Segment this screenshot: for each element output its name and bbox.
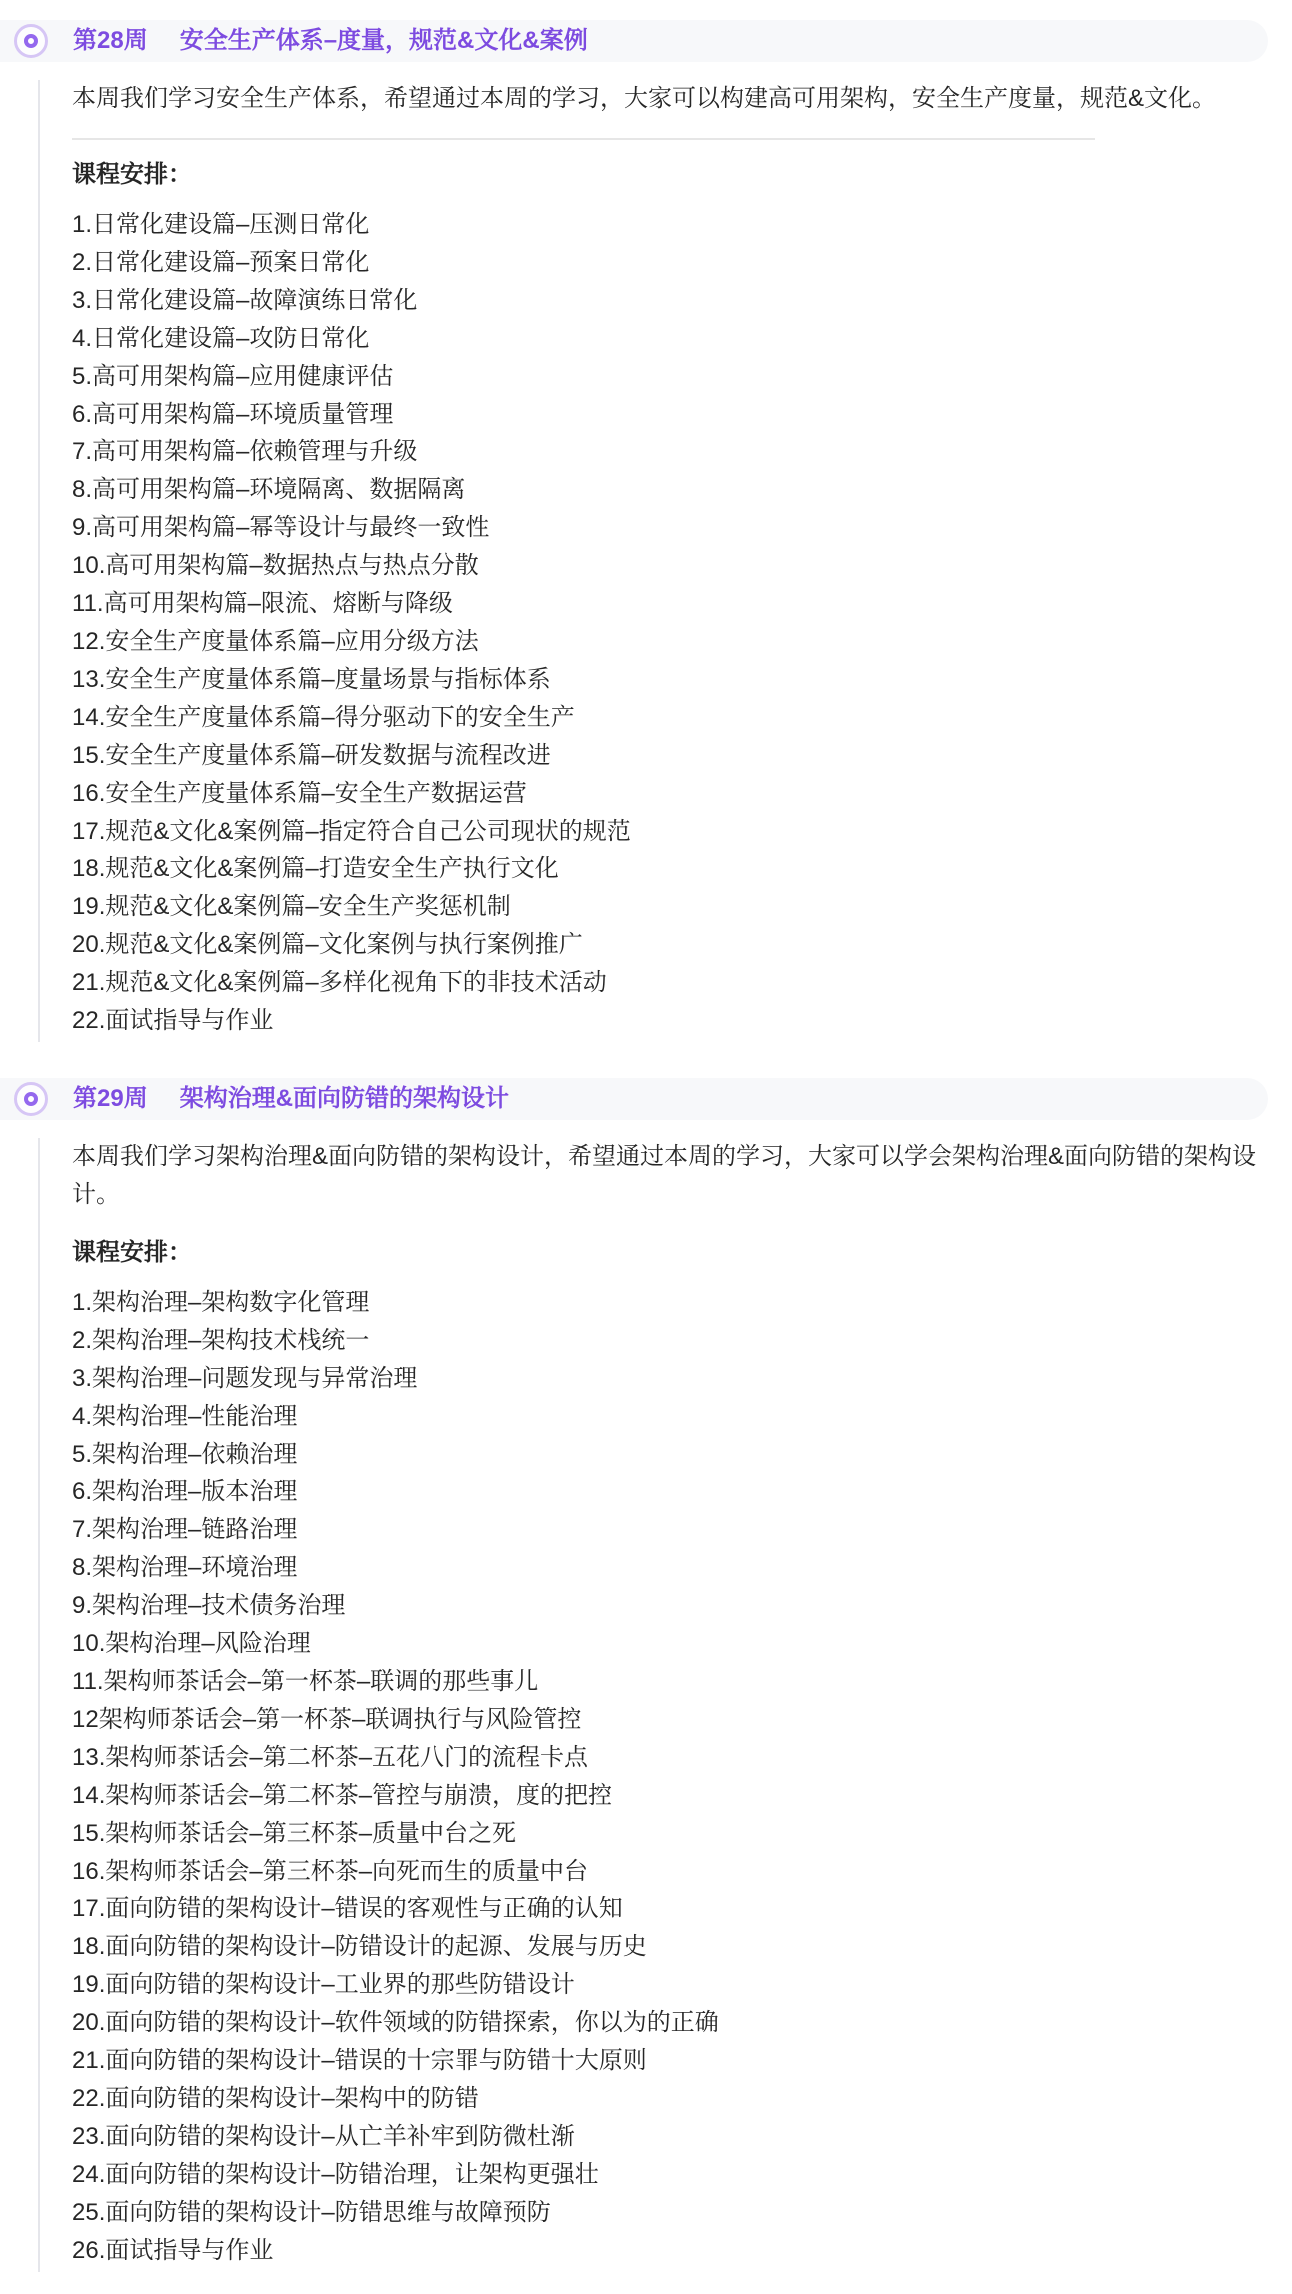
week-title: 第28周安全生产体系–度量，规范&文化&案例 [73, 29, 588, 53]
week-topic: 架构治理&面向防错的架构设计 [180, 1085, 509, 1112]
week-header-bar: 第29周架构治理&面向防错的架构设计 [0, 1078, 1268, 1120]
week-intro-text: 本周我们学习安全生产体系，希望通过本周的学习，大家可以构建高可用架构，安全生产度… [72, 80, 1258, 118]
week-number: 第28周 [73, 27, 148, 54]
course-item: 13.安全生产度量体系篇–度量场景与指标体系 [72, 661, 1258, 699]
course-item: 24.面向防错的架构设计–防错治理，让架构更强壮 [72, 2156, 1258, 2194]
course-item: 18.规范&文化&案例篇–打造安全生产执行文化 [72, 850, 1258, 888]
course-item: 13.架构师茶话会–第二杯茶–五花八门的流程卡点 [72, 1739, 1258, 1777]
week-topic: 安全生产体系–度量，规范&文化&案例 [180, 27, 588, 54]
week-bullet-dot-icon [24, 1092, 38, 1106]
course-item: 16.安全生产度量体系篇–安全生产数据运营 [72, 775, 1258, 813]
course-item: 6.高可用架构篇–环境质量管理 [72, 396, 1258, 434]
course-item: 14.架构师茶话会–第二杯茶–管控与崩溃，度的把控 [72, 1777, 1258, 1815]
course-item: 2.架构治理–架构技术栈统一 [72, 1322, 1258, 1360]
course-item: 21.规范&文化&案例篇–多样化视角下的非技术活动 [72, 964, 1258, 1002]
course-item: 15.安全生产度量体系篇–研发数据与流程改进 [72, 737, 1258, 775]
course-item: 9.高可用架构篇–幂等设计与最终一致性 [72, 509, 1258, 547]
schedule-heading: 课程安排： [72, 156, 1258, 194]
week-title: 第29周架构治理&面向防错的架构设计 [73, 1087, 509, 1111]
course-item: 8.架构治理–环境治理 [72, 1549, 1258, 1587]
week-number: 第29周 [73, 1085, 148, 1112]
course-syllabus-page: 第28周安全生产体系–度量，规范&文化&案例 本周我们学习安全生产体系，希望通过… [0, 0, 1292, 2293]
schedule-heading: 课程安排： [72, 1234, 1258, 1272]
course-list: 1.架构治理–架构数字化管理2.架构治理–架构技术栈统一3.架构治理–问题发现与… [72, 1284, 1258, 2270]
course-item: 1.日常化建设篇–压测日常化 [72, 206, 1258, 244]
course-item: 9.架构治理–技术债务治理 [72, 1587, 1258, 1625]
course-item: 26.面试指导与作业 [72, 2232, 1258, 2270]
course-item: 16.架构师茶话会–第三杯茶–向死而生的质量中台 [72, 1853, 1258, 1891]
course-item: 19.规范&文化&案例篇–安全生产奖惩机制 [72, 888, 1258, 926]
divider [72, 138, 1095, 140]
course-item: 8.高可用架构篇–环境隔离、数据隔离 [72, 471, 1258, 509]
course-item: 22.面向防错的架构设计–架构中的防错 [72, 2080, 1258, 2118]
course-item: 12架构师茶话会–第一杯茶–联调执行与风险管控 [72, 1701, 1258, 1739]
course-item: 6.架构治理–版本治理 [72, 1473, 1258, 1511]
week-header-bar: 第28周安全生产体系–度量，规范&文化&案例 [0, 20, 1268, 62]
course-item: 20.规范&文化&案例篇–文化案例与执行案例推广 [72, 926, 1258, 964]
course-item: 20.面向防错的架构设计–软件领域的防错探索，你以为的正确 [72, 2004, 1258, 2042]
course-item: 10.架构治理–风险治理 [72, 1625, 1258, 1663]
course-item: 4.日常化建设篇–攻防日常化 [72, 320, 1258, 358]
week-bullet-icon [14, 1082, 48, 1116]
course-item: 17.规范&文化&案例篇–指定符合自己公司现状的规范 [72, 813, 1258, 851]
course-item: 7.高可用架构篇–依赖管理与升级 [72, 433, 1258, 471]
course-item: 19.面向防错的架构设计–工业界的那些防错设计 [72, 1966, 1258, 2004]
week-intro-text: 本周我们学习架构治理&面向防错的架构设计，希望通过本周的学习，大家可以学会架构治… [72, 1138, 1258, 1214]
course-item: 5.架构治理–依赖治理 [72, 1436, 1258, 1474]
course-item: 1.架构治理–架构数字化管理 [72, 1284, 1258, 1322]
course-item: 5.高可用架构篇–应用健康评估 [72, 358, 1258, 396]
course-item: 11.架构师茶话会–第一杯茶–联调的那些事儿 [72, 1663, 1258, 1701]
course-item: 25.面向防错的架构设计–防错思维与故障预防 [72, 2194, 1258, 2232]
course-item: 15.架构师茶话会–第三杯茶–质量中台之死 [72, 1815, 1258, 1853]
week-bullet-icon [14, 24, 48, 58]
week-section-28: 第28周安全生产体系–度量，规范&文化&案例 本周我们学习安全生产体系，希望通过… [0, 20, 1292, 1042]
course-list: 1.日常化建设篇–压测日常化2.日常化建设篇–预案日常化3.日常化建设篇–故障演… [72, 206, 1258, 1040]
week-bullet-dot-icon [24, 34, 38, 48]
course-item: 21.面向防错的架构设计–错误的十宗罪与防错十大原则 [72, 2042, 1258, 2080]
course-item: 11.高可用架构篇–限流、熔断与降级 [72, 585, 1258, 623]
course-item: 7.架构治理–链路治理 [72, 1511, 1258, 1549]
course-item: 23.面向防错的架构设计–从亡羊补牢到防微杜渐 [72, 2118, 1258, 2156]
course-item: 17.面向防错的架构设计–错误的客观性与正确的认知 [72, 1890, 1258, 1928]
week-content: 本周我们学习架构治理&面向防错的架构设计，希望通过本周的学习，大家可以学会架构治… [38, 1138, 1292, 2272]
course-item: 14.安全生产度量体系篇–得分驱动下的安全生产 [72, 699, 1258, 737]
week-content: 本周我们学习安全生产体系，希望通过本周的学习，大家可以构建高可用架构，安全生产度… [38, 80, 1292, 1042]
course-item: 4.架构治理–性能治理 [72, 1398, 1258, 1436]
course-item: 22.面试指导与作业 [72, 1002, 1258, 1040]
week-section-29: 第29周架构治理&面向防错的架构设计 本周我们学习架构治理&面向防错的架构设计，… [0, 1078, 1292, 2272]
course-item: 2.日常化建设篇–预案日常化 [72, 244, 1258, 282]
course-item: 18.面向防错的架构设计–防错设计的起源、发展与历史 [72, 1928, 1258, 1966]
course-item: 12.安全生产度量体系篇–应用分级方法 [72, 623, 1258, 661]
course-item: 3.架构治理–问题发现与异常治理 [72, 1360, 1258, 1398]
course-item: 3.日常化建设篇–故障演练日常化 [72, 282, 1258, 320]
course-item: 10.高可用架构篇–数据热点与热点分散 [72, 547, 1258, 585]
